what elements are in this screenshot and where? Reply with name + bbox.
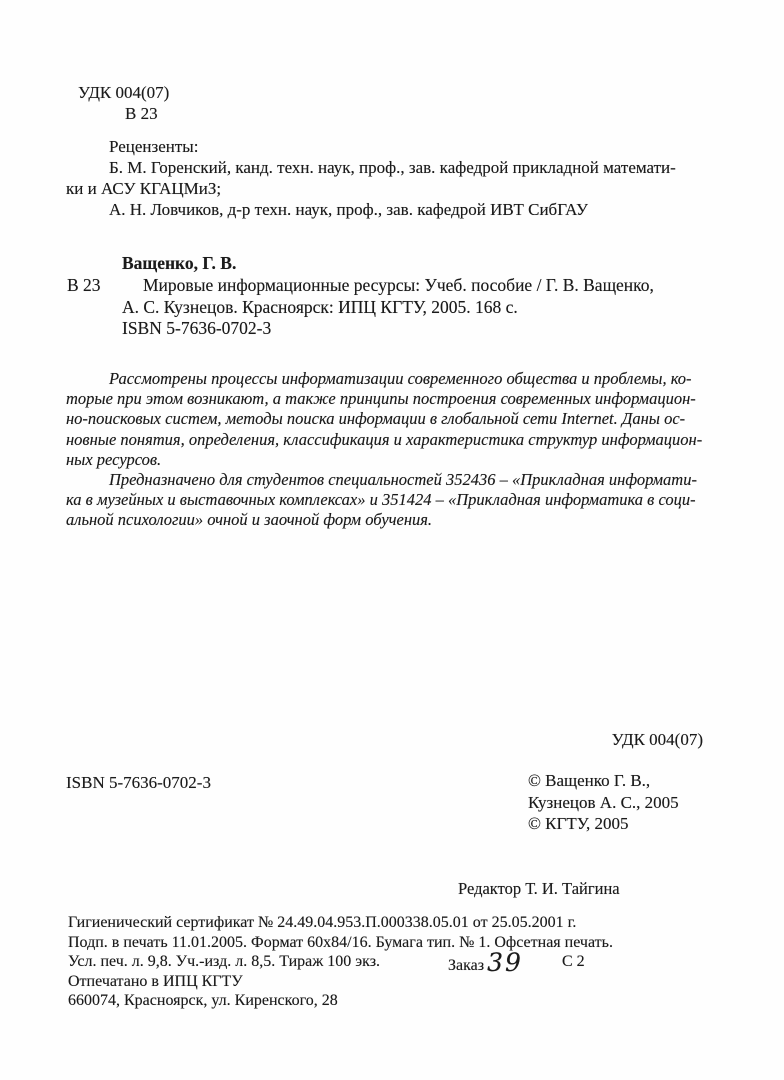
reviewer-1: Б. М. Горенский, канд. техн. наук, проф.… [66, 157, 716, 199]
publisher-address-line: 660074, Красноярск, ул. Киренского, 28 [68, 991, 718, 1011]
annotation-paragraph-2: Предназначено для студентов специальност… [66, 470, 718, 531]
reviewer-2: А. Н. Ловчиков, д-р техн. наук, проф., з… [66, 199, 716, 220]
printed-at-line: Отпечатано в ИПЦ КГТУ [68, 972, 718, 992]
reviewers-block: Рецензенты: Б. М. Горенский, канд. техн.… [66, 136, 716, 220]
udc-code: УДК 004(07) [78, 82, 169, 103]
isbn-number: ISBN 5-7636-0702-3 [66, 773, 211, 793]
order-number-handwritten: 39 [487, 948, 523, 977]
bib-author-sign: В 23 [67, 275, 101, 296]
annotation-block: Рассмотрены процессы информатизации совр… [66, 369, 718, 531]
order-label: Заказ [448, 957, 484, 974]
bib-author-header: Ващенко, Г. В. [122, 253, 236, 274]
order-group: Заказ39 [448, 952, 520, 976]
author-sign-code: В 23 [125, 103, 169, 124]
print-run-text: Усл. печ. л. 9,8. Уч.-изд. л. 8,5. Тираж… [68, 953, 380, 970]
reviewers-heading: Рецензенты: [66, 136, 716, 157]
print-run-line: Усл. печ. л. 9,8. Уч.-изд. л. 8,5. Тираж… [68, 952, 718, 972]
hygiene-certificate-line: Гигиенический сертификат № 24.49.04.953.… [68, 913, 718, 933]
imprint-block: Гигиенический сертификат № 24.49.04.953.… [68, 913, 718, 1011]
bib-entry: Мировые информационные ресурсы: Учеб. по… [122, 275, 722, 340]
copyright-block: © Ващенко Г. В., Кузнецов А. С., 2005 © … [528, 770, 679, 835]
annotation-paragraph-1: Рассмотрены процессы информатизации совр… [66, 369, 718, 470]
book-imprint-page: УДК 004(07) В 23 Рецензенты: Б. М. Горен… [0, 0, 784, 1080]
udc-code-right: УДК 004(07) [612, 730, 703, 750]
print-format-line: Подп. в печать 11.01.2005. Формат 60х84/… [68, 933, 718, 953]
sheet-code: С 2 [562, 952, 585, 972]
editor-credit: Редактор Т. И. Тайгина [458, 879, 620, 899]
udc-block: УДК 004(07) В 23 [78, 82, 169, 124]
